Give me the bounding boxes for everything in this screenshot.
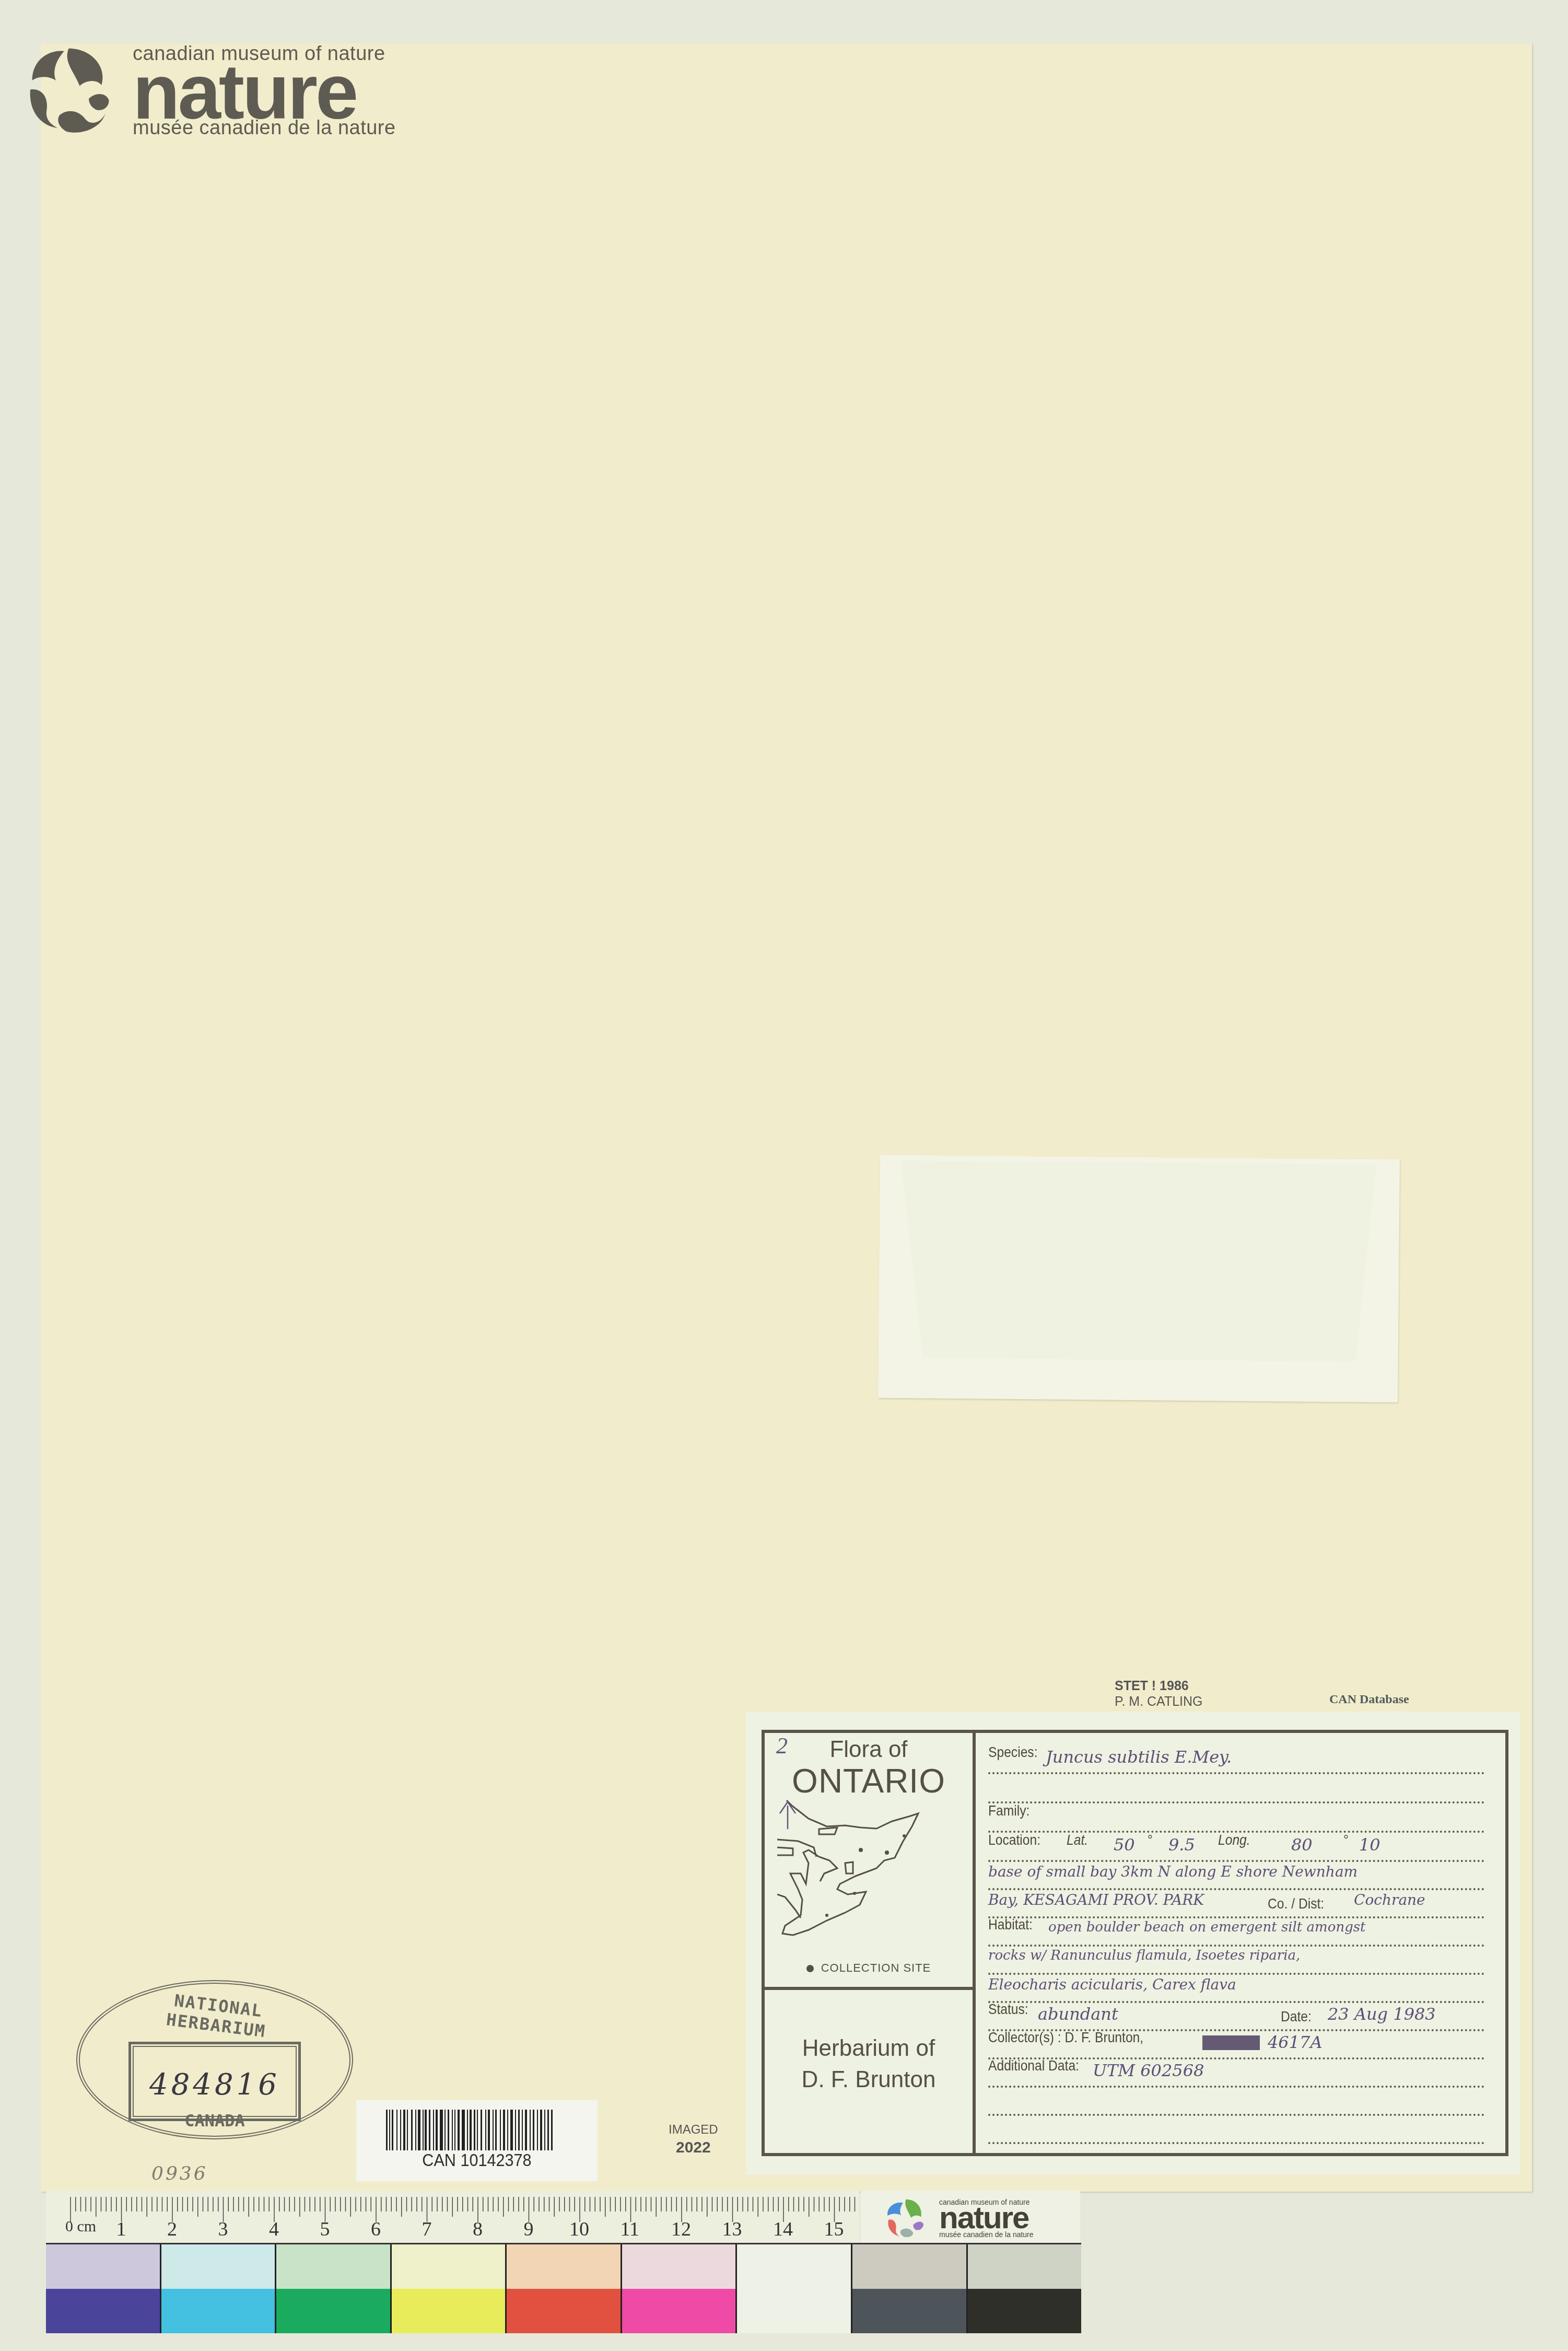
color-swatch-saturated — [392, 2289, 506, 2333]
ruler-label: 7 — [422, 2218, 432, 2241]
ruler-label: 0 cm — [65, 2218, 96, 2236]
lat-minutes: 9.5 — [1168, 1835, 1195, 1855]
nature-swirl-logo-icon — [23, 44, 114, 135]
species-value: Juncus subtilis E.Mey. — [1046, 1747, 1232, 1767]
locality-line1: base of small bay 3km N along E shore Ne… — [988, 1863, 1358, 1880]
color-swatch-column — [507, 2244, 622, 2333]
ruler-label: 1 — [116, 2218, 126, 2241]
status-label: Status: — [988, 2001, 1028, 2018]
flora-title-large: ONTARIO — [765, 1762, 973, 1800]
date-label: Date: — [1281, 2008, 1312, 2025]
ruler-label: 15 — [824, 2218, 844, 2241]
color-calibration-chart — [46, 2243, 1081, 2333]
color-swatch-light — [392, 2244, 506, 2289]
long-minutes: 10 — [1359, 1835, 1380, 1855]
blank-row-1 — [988, 2086, 1484, 2116]
additional-data-value: UTM 602568 — [1093, 2061, 1204, 2080]
logo-french-name: musée canadien de la nature — [939, 2230, 1034, 2239]
species-row: Species: Juncus subtilis E.Mey. — [988, 1744, 1484, 1774]
ruler-label: 8 — [473, 2218, 483, 2241]
status-value: abundant — [1038, 2004, 1118, 2024]
additional-data-row: Additional Data: UTM 602568 — [988, 2057, 1484, 2088]
color-swatch-column — [852, 2244, 968, 2333]
imaged-year: 2022 — [669, 2139, 718, 2157]
color-swatch-light — [968, 2244, 1082, 2289]
ruler-label: 10 — [569, 2218, 589, 2241]
imaged-stamp: IMAGED 2022 — [669, 2121, 718, 2157]
herbarium-accession-number: 484816 — [131, 2068, 298, 2102]
color-swatch-column — [968, 2244, 1082, 2333]
location-row: Location: Lat. 50 ° 9.5 Long. 80 ° 10 — [988, 1832, 1484, 1862]
ruler-label: 2 — [167, 2218, 177, 2241]
color-swatch-column — [622, 2244, 738, 2333]
lat-degrees: 50 — [1114, 1835, 1135, 1855]
determination-stamp: STET ! 1986 P. M. CATLING — [1115, 1678, 1203, 1709]
collector-row: Collector(s) : D. F. Brunton, 4617A — [988, 2029, 1484, 2059]
long-degrees: 80 — [1291, 1835, 1313, 1855]
color-swatch-light — [852, 2244, 966, 2289]
national-herbarium-stamp: NATIONAL HERBARIUM 484816 CANADA — [76, 1980, 353, 2139]
color-swatch-column — [737, 2244, 852, 2333]
color-swatch-saturated — [507, 2289, 621, 2333]
species-continuation-row — [988, 1773, 1484, 1803]
stamp-number-box: 484816 — [128, 2042, 301, 2121]
pencil-accession-note: 0936 — [151, 2163, 208, 2184]
ruler-ticks — [46, 2191, 859, 2222]
color-swatch-light — [737, 2244, 851, 2289]
color-swatch-saturated — [737, 2289, 851, 2333]
color-swatch-saturated — [46, 2289, 160, 2333]
envelope-flap — [899, 1160, 1376, 1362]
habitat-line3: Eleocharis acicularis, Carex flava — [988, 1976, 1236, 1993]
museum-logo: canadian museum of nature nature musée c… — [23, 44, 399, 143]
status-row: Status: abundant Date: 23 Aug 1983 — [988, 2001, 1484, 2031]
collection-site-dot-icon — [806, 1965, 814, 1972]
color-swatch-light — [622, 2244, 736, 2289]
color-swatch-saturated — [852, 2289, 966, 2333]
map-legend-text: COLLECTION SITE — [821, 1961, 931, 1974]
ruler-label: 14 — [773, 2218, 793, 2241]
locality-line2: Bay, KESAGAMI PROV. PARK — [988, 1891, 1204, 1908]
ontario-map-icon — [777, 1795, 957, 1952]
color-swatch-column — [46, 2244, 161, 2333]
ruler-label: 4 — [269, 2218, 279, 2241]
fragment-packet-envelope[interactable] — [878, 1155, 1400, 1403]
habitat-line1: open boulder beach on emergent silt amon… — [1048, 1919, 1366, 1935]
color-swatch-column — [392, 2244, 507, 2333]
redacted-mark — [1202, 2035, 1260, 2050]
herbarium-name-line1: Herbarium of — [765, 2035, 973, 2062]
barcode-label[interactable]: CAN 10142378 — [356, 2100, 598, 2181]
color-swatch-light — [46, 2244, 160, 2289]
ruler-label: 9 — [524, 2218, 534, 2241]
catalog-number: CAN 10142378 — [368, 2150, 586, 2171]
color-swatch-saturated — [968, 2289, 1082, 2333]
collection-label: 2 Flora of ONTARIO COLLECTION SITE Herba… — [746, 1712, 1520, 2174]
ruler-label: 5 — [320, 2218, 330, 2241]
species-label: Species: — [988, 1744, 1038, 1761]
flora-title-small: Flora of — [765, 1737, 973, 1763]
database-stamp: CAN Database — [1329, 1693, 1409, 1707]
herbarium-name-line2: D. F. Brunton — [765, 2067, 973, 2093]
location-label: Location: — [988, 1832, 1040, 1848]
stamp-bottom-text: CANADA — [76, 2111, 353, 2131]
habitat-row-3: Eleocharis acicularis, Carex flava — [988, 1973, 1484, 2003]
county-label: Co. / Dist: — [1268, 1895, 1324, 1912]
lat-label: Lat. — [1067, 1832, 1088, 1848]
nature-swirl-color-logo-icon — [884, 2197, 926, 2239]
barcode-icon — [386, 2110, 553, 2150]
habitat-row-1: Habitat: open boulder beach on emergent … — [988, 1916, 1484, 1947]
stet-line: STET ! 1986 — [1115, 1678, 1203, 1694]
color-swatch-saturated — [276, 2289, 390, 2333]
color-swatch-saturated — [622, 2289, 736, 2333]
logo-wordmark: nature — [939, 2202, 1028, 2233]
additional-data-label: Additional Data: — [988, 2057, 1079, 2074]
blank-row-2 — [988, 2114, 1484, 2144]
family-label: Family: — [988, 1802, 1029, 1819]
map-legend: COLLECTION SITE — [762, 1961, 976, 1975]
imaged-label: IMAGED — [669, 2121, 718, 2139]
ruler-label: 12 — [671, 2218, 691, 2241]
color-swatch-column — [276, 2244, 392, 2333]
ruler-label: 3 — [218, 2218, 228, 2241]
ruler-label: 6 — [371, 2218, 381, 2241]
determiner-name: P. M. CATLING — [1115, 1694, 1203, 1709]
color-swatch-light — [507, 2244, 621, 2289]
date-value: 23 Aug 1983 — [1328, 2004, 1436, 2024]
locality-row-1: base of small bay 3km N along E shore Ne… — [988, 1860, 1484, 1890]
collector-number: 4617A — [1268, 2032, 1323, 2052]
habitat-label: Habitat: — [988, 1916, 1033, 1933]
label-divider — [762, 1987, 976, 1990]
habitat-line2: rocks w/ Ranunculus flamula, Isoetes rip… — [988, 1948, 1300, 1963]
logo-french-name: musée canadien de la nature — [133, 117, 396, 139]
color-swatch-light — [161, 2244, 275, 2289]
locality-row-2: Bay, KESAGAMI PROV. PARK Co. / Dist: Coc… — [988, 1888, 1484, 1918]
scale-ruler: 0 cm123456789101112131415 — [46, 2191, 859, 2243]
collector-label: Collector(s) : D. F. Brunton, — [988, 2029, 1143, 2046]
long-label: Long. — [1218, 1832, 1250, 1848]
ruler-label: 11 — [621, 2218, 640, 2241]
color-swatch-light — [276, 2244, 390, 2289]
color-swatch-column — [161, 2244, 277, 2333]
family-row: Family: — [988, 1802, 1484, 1833]
habitat-row-2: rocks w/ Ranunculus flamula, Isoetes rip… — [988, 1945, 1484, 1975]
county-value: Cochrane — [1354, 1891, 1425, 1908]
ruler-label: 13 — [722, 2218, 742, 2241]
museum-logo-color: canadian museum of nature nature musée c… — [861, 2191, 1080, 2243]
color-swatch-saturated — [161, 2289, 275, 2333]
